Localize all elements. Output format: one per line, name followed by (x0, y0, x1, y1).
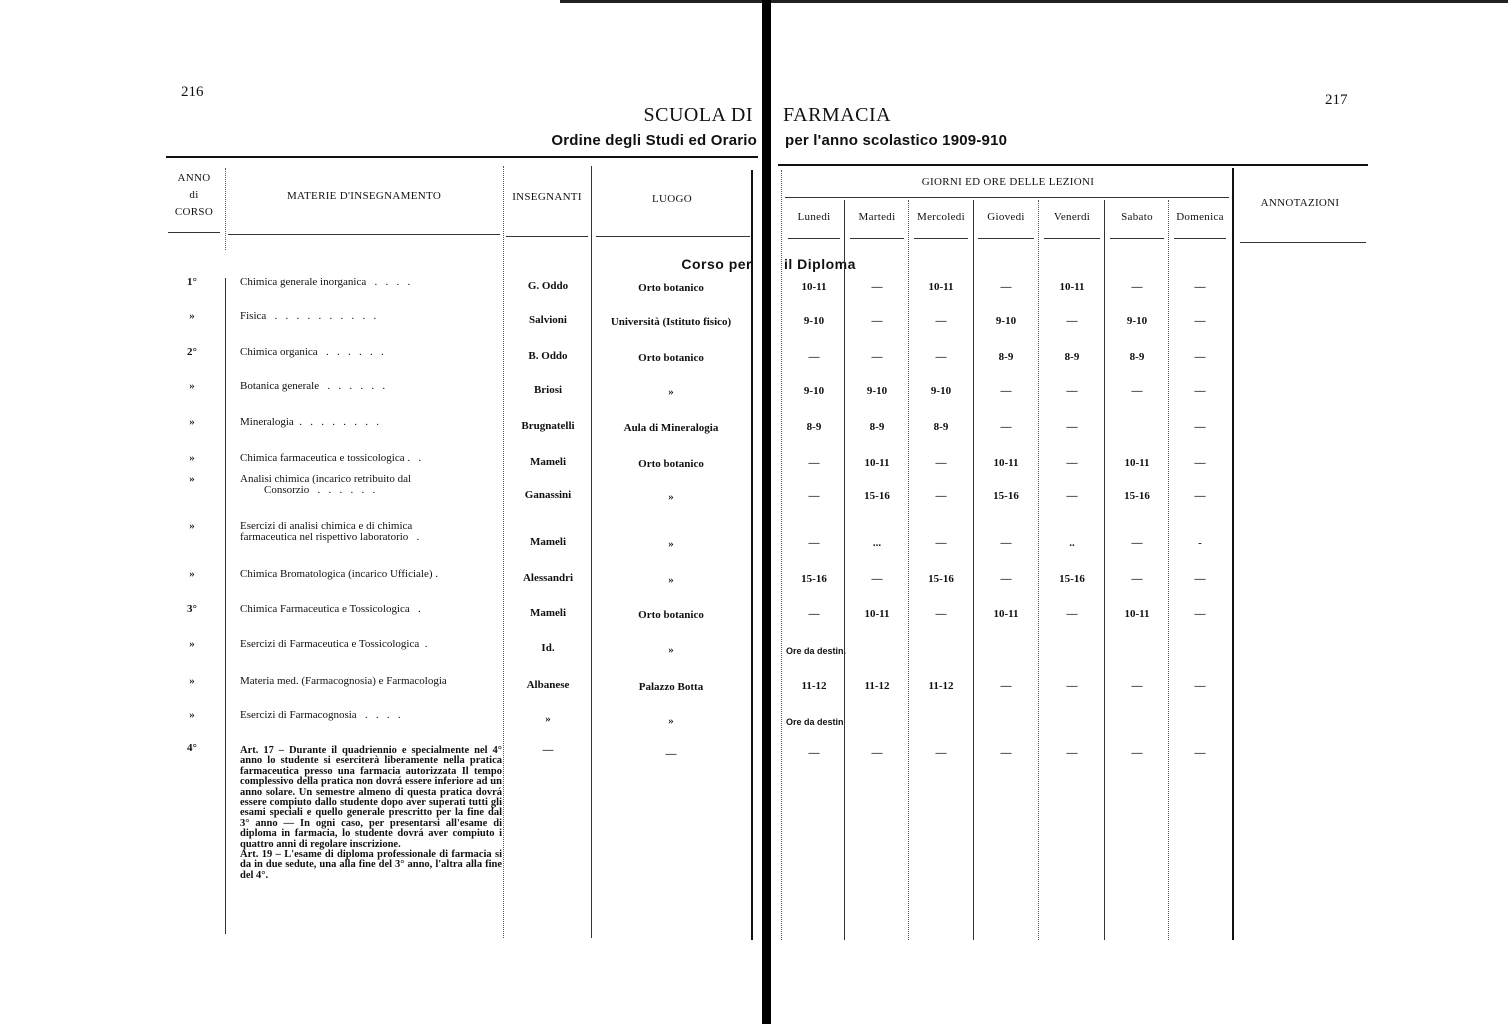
header-anno: ANNO di CORSO (168, 170, 220, 221)
header-underline (1110, 238, 1164, 239)
left-page-number: 216 (181, 84, 204, 101)
luogo: Orto botanico (592, 458, 750, 470)
orario-lunedi: 8-9 (784, 421, 844, 433)
orario-giovedi: — (974, 747, 1038, 759)
orario-sabato: 9-10 (1106, 315, 1168, 327)
orario-venerdi: .. (1040, 537, 1104, 549)
insegnante: Mameli (504, 607, 592, 619)
header-day-lunedi: Lunedi (784, 211, 844, 223)
insegnante: Briosi (504, 384, 592, 396)
luogo: Università (Istituto fisico) (592, 316, 750, 328)
insegnante: Albanese (504, 679, 592, 691)
header-day-mercoledi: Mercoledi (910, 211, 972, 223)
orario-martedi: — (846, 281, 908, 293)
header-underline (785, 197, 1229, 198)
orario-sabato: — (1106, 281, 1168, 293)
insegnante: » (504, 713, 592, 725)
orario-giovedi: — (974, 281, 1038, 293)
materia: Chimica generale inorganica . . . . (240, 277, 410, 288)
orario-domenica: — (1170, 385, 1230, 397)
header-underline (914, 238, 968, 239)
orario-sabato: — (1106, 385, 1168, 397)
header-materie: MATERIE D'INSEGNAMENTO (228, 190, 500, 202)
orario-venerdi: — (1040, 490, 1104, 502)
anno-di-corso: 2° (172, 346, 212, 358)
left-top-rule (166, 156, 758, 158)
header-day-martedi: Martedi (846, 211, 908, 223)
materia: Chimica Bromatologica (incarico Ufficial… (240, 569, 438, 580)
insegnante: Brugnatelli (504, 420, 592, 432)
orario-venerdi: — (1040, 680, 1104, 692)
orario-lunedi: — (784, 608, 844, 620)
header-day-sabato: Sabato (1106, 211, 1168, 223)
luogo: Orto botanico (592, 282, 750, 294)
orario-mercoledi: 10-11 (910, 281, 972, 293)
header-day-domenica: Domenica (1170, 211, 1230, 223)
orario-venerdi: 8-9 (1040, 351, 1104, 363)
right-page-number: 217 (1325, 92, 1348, 109)
insegnante: Mameli (504, 536, 592, 548)
anno-di-corso: » (172, 416, 212, 428)
left-page-subtitle: Ordine degli Studi ed Orario (551, 132, 757, 149)
column-divider (844, 200, 845, 940)
header-underline (506, 236, 588, 237)
column-divider (1168, 200, 1169, 940)
orario-sabato: — (1106, 573, 1168, 585)
header-day-venerdi: Venerdi (1040, 211, 1104, 223)
anno-di-corso: 1° (172, 276, 212, 288)
orario-mercoledi: 11-12 (910, 680, 972, 692)
orario-giovedi: 10-11 (974, 457, 1038, 469)
anno-di-corso: 4° (172, 742, 212, 754)
anno-di-corso: » (172, 709, 212, 721)
materia: Botanica generale . . . . . . (240, 381, 385, 392)
orario-domenica: — (1170, 573, 1230, 585)
anno-di-corso: » (172, 568, 212, 580)
luogo: » (592, 491, 750, 503)
header-underline (978, 238, 1034, 239)
orario-domenica: - (1170, 537, 1230, 549)
orario-mercoledi: 15-16 (910, 573, 972, 585)
insegnante: G. Oddo (504, 280, 592, 292)
orario-martedi: 10-11 (846, 457, 908, 469)
orario-domenica: — (1170, 608, 1230, 620)
luogo: Palazzo Botta (592, 681, 750, 693)
orario-martedi: 9-10 (846, 385, 908, 397)
orario-venerdi: — (1040, 608, 1104, 620)
orario-giovedi: 10-11 (974, 608, 1038, 620)
orario-venerdi: — (1040, 315, 1104, 327)
right-page-title: FARMACIA (783, 104, 891, 127)
orario-mercoledi: 9-10 (910, 385, 972, 397)
anno-di-corso: » (172, 675, 212, 687)
orario-lunedi: 11-12 (784, 680, 844, 692)
luogo: » (592, 715, 750, 727)
header-underline (850, 238, 904, 239)
orario-sabato: — (1106, 747, 1168, 759)
orario-giovedi: — (974, 385, 1038, 397)
article-text: Art. 17 – Durante il quadriennio e speci… (240, 746, 502, 850)
orario-domenica: — (1170, 490, 1230, 502)
orario-sabato: — (1106, 680, 1168, 692)
header-annotazioni: ANNOTAZIONI (1234, 197, 1366, 209)
header-underline (168, 232, 220, 233)
anno-di-corso: 3° (172, 603, 212, 615)
orario-lunedi: 10-11 (784, 281, 844, 293)
orario-sabato: 8-9 (1106, 351, 1168, 363)
orario-domenica: — (1170, 457, 1230, 469)
orario-mercoledi: — (910, 351, 972, 363)
orario-martedi: 11-12 (846, 680, 908, 692)
orario-lunedi: — (784, 490, 844, 502)
orario-venerdi: 15-16 (1040, 573, 1104, 585)
materia: Fisica . . . . . . . . . . (240, 311, 376, 322)
orario-sabato: 10-11 (1106, 608, 1168, 620)
orario-lunedi: 9-10 (784, 385, 844, 397)
orario-lunedi: — (784, 457, 844, 469)
orario-giovedi: 8-9 (974, 351, 1038, 363)
orario-mercoledi: — (910, 490, 972, 502)
orario-domenica: — (1170, 747, 1230, 759)
luogo: Orto botanico (592, 609, 750, 621)
insegnante: Ganassini (504, 489, 592, 501)
materia: Esercizi di Farmaceutica e Tossicologica… (240, 639, 427, 650)
orario-mercoledi: — (910, 608, 972, 620)
header-day-giovedi: Giovedi (974, 211, 1038, 223)
materia: Chimica organica . . . . . . (240, 347, 384, 358)
orario-martedi: — (846, 315, 908, 327)
header-underline (228, 234, 500, 235)
left-page-title: SCUOLA DI (643, 104, 753, 127)
orario-martedi: 15-16 (846, 490, 908, 502)
orario-sabato: 15-16 (1106, 490, 1168, 502)
annotation-articles: Art. 17 – Durante il quadriennio e speci… (240, 746, 502, 881)
insegnante: Id. (504, 642, 592, 654)
orario-giovedi: — (974, 680, 1038, 692)
header-underline (1240, 242, 1366, 243)
insegnante: Alessandri (504, 572, 592, 584)
orario-venerdi: — (1040, 385, 1104, 397)
orario-venerdi: — (1040, 747, 1104, 759)
materia: Mineralogia . . . . . . . . (240, 417, 379, 428)
orario-lunedi: 15-16 (784, 573, 844, 585)
insegnante: — (504, 744, 592, 756)
orario-martedi: 10-11 (846, 608, 908, 620)
orario-domenica: — (1170, 680, 1230, 692)
header-luogo: LUOGO (594, 193, 750, 205)
anno-di-corso: » (172, 380, 212, 392)
materia: Esercizi di Farmacognosia . . . . (240, 710, 401, 721)
materia: Materia med. (Farmacognosia) e Farmacolo… (240, 676, 447, 687)
orario-lunedi: — (784, 537, 844, 549)
section-title-left: Corso per (681, 256, 752, 272)
luogo: Aula di Mineralogia (592, 422, 750, 434)
anno-di-corso: » (172, 310, 212, 322)
orario-mercoledi: — (910, 537, 972, 549)
header-insegnanti: INSEGNANTI (504, 191, 590, 203)
orario-lunedi: — (784, 351, 844, 363)
orario-martedi: — (846, 573, 908, 585)
right-top-rule (778, 164, 1368, 166)
luogo: » (592, 538, 750, 550)
right-page-subtitle: per l'anno scolastico 1909-910 (785, 132, 1007, 149)
column-divider (781, 170, 782, 940)
book-gutter (762, 0, 771, 1024)
column-divider (1104, 200, 1105, 940)
materia: Chimica Farmaceutica e Tossicologica . (240, 604, 421, 615)
orario-sabato: — (1106, 537, 1168, 549)
section-title-right: il Diploma (784, 256, 856, 272)
orario-mercoledi: — (910, 747, 972, 759)
anno-di-corso: » (172, 638, 212, 650)
header-underline (1044, 238, 1100, 239)
column-divider (225, 168, 226, 250)
luogo: » (592, 644, 750, 656)
materia: Chimica farmaceutica e tossicologica . . (240, 453, 421, 464)
insegnante: Mameli (504, 456, 592, 468)
materia-line2: Consorzio . . . . . . (264, 485, 375, 496)
orario-giovedi: — (974, 573, 1038, 585)
orario-venerdi: — (1040, 457, 1104, 469)
luogo: » (592, 574, 750, 586)
orario-giovedi: 9-10 (974, 315, 1038, 327)
column-divider (973, 200, 974, 940)
orario-sabato: 10-11 (1106, 457, 1168, 469)
column-divider (908, 200, 909, 940)
anno-di-corso: » (172, 473, 212, 485)
orario-lunedi: — (784, 747, 844, 759)
orario-domenica: — (1170, 351, 1230, 363)
header-underline (1174, 238, 1226, 239)
materia-line2: farmaceutica nel rispettivo laboratorio … (240, 532, 419, 543)
scan-edge (560, 0, 1508, 3)
header-underline (596, 236, 750, 237)
anno-di-corso: » (172, 520, 212, 532)
orario-lunedi: 9-10 (784, 315, 844, 327)
insegnante: Salvioni (504, 314, 592, 326)
orario-martedi: ... (846, 537, 908, 549)
luogo: — (592, 748, 750, 760)
header-underline (788, 238, 840, 239)
orario-venerdi: — (1040, 421, 1104, 433)
column-divider (1232, 168, 1234, 940)
orario-lunedi: Ore da destin (786, 717, 844, 727)
article-text: Art. 19 – L'esame di diploma professiona… (240, 850, 502, 881)
column-divider (1038, 200, 1039, 940)
orario-martedi: 8-9 (846, 421, 908, 433)
orario-domenica: — (1170, 315, 1230, 327)
orario-giovedi: 15-16 (974, 490, 1038, 502)
header-giorni: GIORNI ED ORE DELLE LEZIONI (785, 176, 1231, 188)
column-divider (225, 278, 226, 934)
orario-mercoledi: — (910, 457, 972, 469)
orario-domenica: — (1170, 281, 1230, 293)
orario-venerdi: 10-11 (1040, 281, 1104, 293)
orario-domenica: — (1170, 421, 1230, 433)
orario-martedi: — (846, 351, 908, 363)
luogo: Orto botanico (592, 352, 750, 364)
orario-giovedi: — (974, 421, 1038, 433)
orario-mercoledi: 8-9 (910, 421, 972, 433)
anno-di-corso: » (172, 452, 212, 464)
orario-mercoledi: — (910, 315, 972, 327)
orario-giovedi: — (974, 537, 1038, 549)
orario-martedi: — (846, 747, 908, 759)
orario-lunedi: Ore da destin. (786, 646, 846, 656)
column-divider (751, 170, 753, 940)
insegnante: B. Oddo (504, 350, 592, 362)
luogo: » (592, 386, 750, 398)
